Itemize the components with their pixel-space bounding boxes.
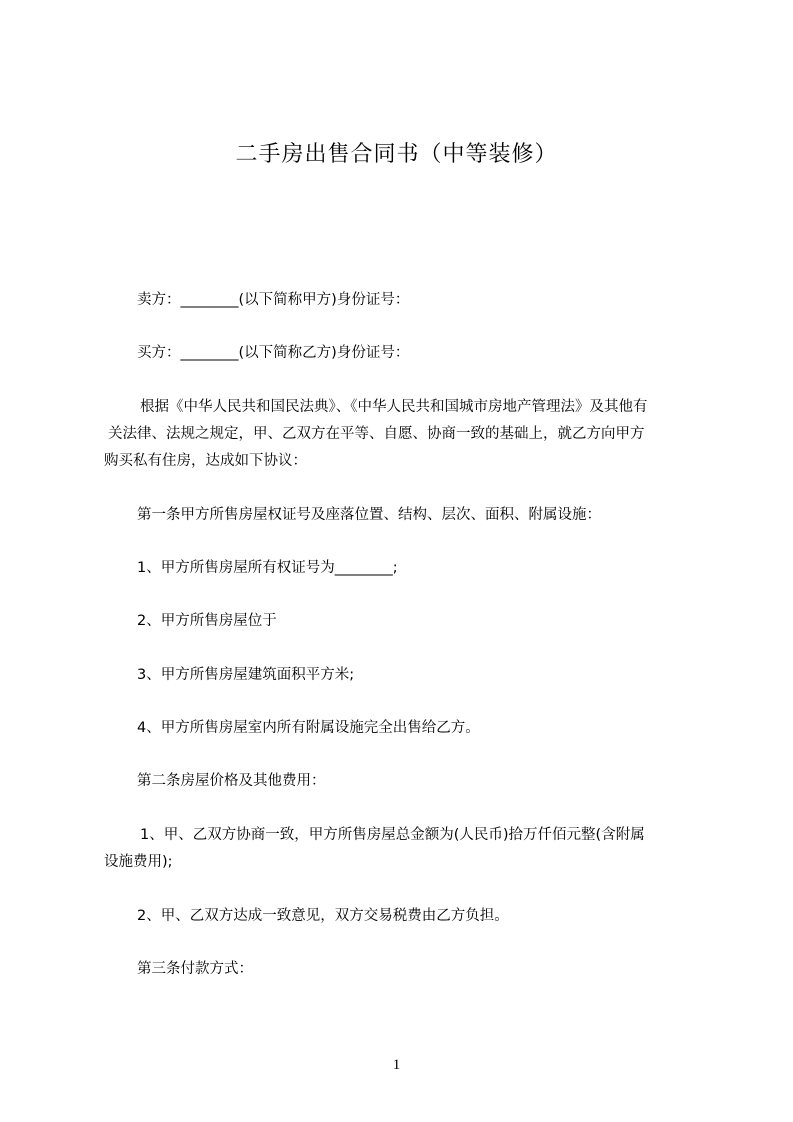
- document-page: 二手房出售合同书（中等装修） 卖方：________(以下简称甲方)身份证号： …: [0, 0, 793, 1122]
- article-1-item-4: 4、甲方所售房屋室内所有附属设施完全出售给乙方。: [137, 718, 480, 738]
- article-2-item-1-line-1: 1、甲、乙双方协商一致，甲方所售房屋总金额为(人民币)拾万仟佰元整(含附属: [140, 825, 645, 845]
- article-1-item-1: 1、甲方所售房屋所有权证号为________;: [137, 558, 398, 578]
- article-1-item-2: 2、甲方所售房屋位于: [137, 611, 277, 631]
- preamble-line-2: 关法律、法规之规定，甲、乙双方在平等、自愿、协商一致的基础上，就乙方向甲方: [108, 424, 645, 444]
- document-title: 二手房出售合同书（中等装修）: [0, 140, 793, 170]
- seller-line: 卖方：________(以下简称甲方)身份证号：: [137, 290, 409, 310]
- article-1-heading: 第一条甲方所售房屋权证号及座落位置、结构、层次、面积、附属设施：: [137, 505, 601, 525]
- preamble-line-1: 根据《中华人民共和国民法典》、《中华人民共和国城市房地产管理法》及其他有: [140, 397, 648, 417]
- article-2-item-1-line-2: 设施费用);: [104, 852, 173, 872]
- article-2-heading: 第二条房屋价格及其他费用：: [137, 771, 326, 791]
- buyer-line: 买方：________(以下简称乙方)身份证号：: [137, 343, 409, 363]
- article-1-item-3: 3、甲方所售房屋建筑面积平方米;: [137, 665, 354, 685]
- article-2-item-2: 2、甲、乙双方达成一致意见，双方交易税费由乙方负担。: [137, 906, 509, 926]
- article-3-heading: 第三条付款方式：: [137, 959, 253, 979]
- preamble-line-3: 购买私有住房，达成如下协议：: [104, 451, 307, 471]
- page-number: 1: [0, 1055, 793, 1075]
